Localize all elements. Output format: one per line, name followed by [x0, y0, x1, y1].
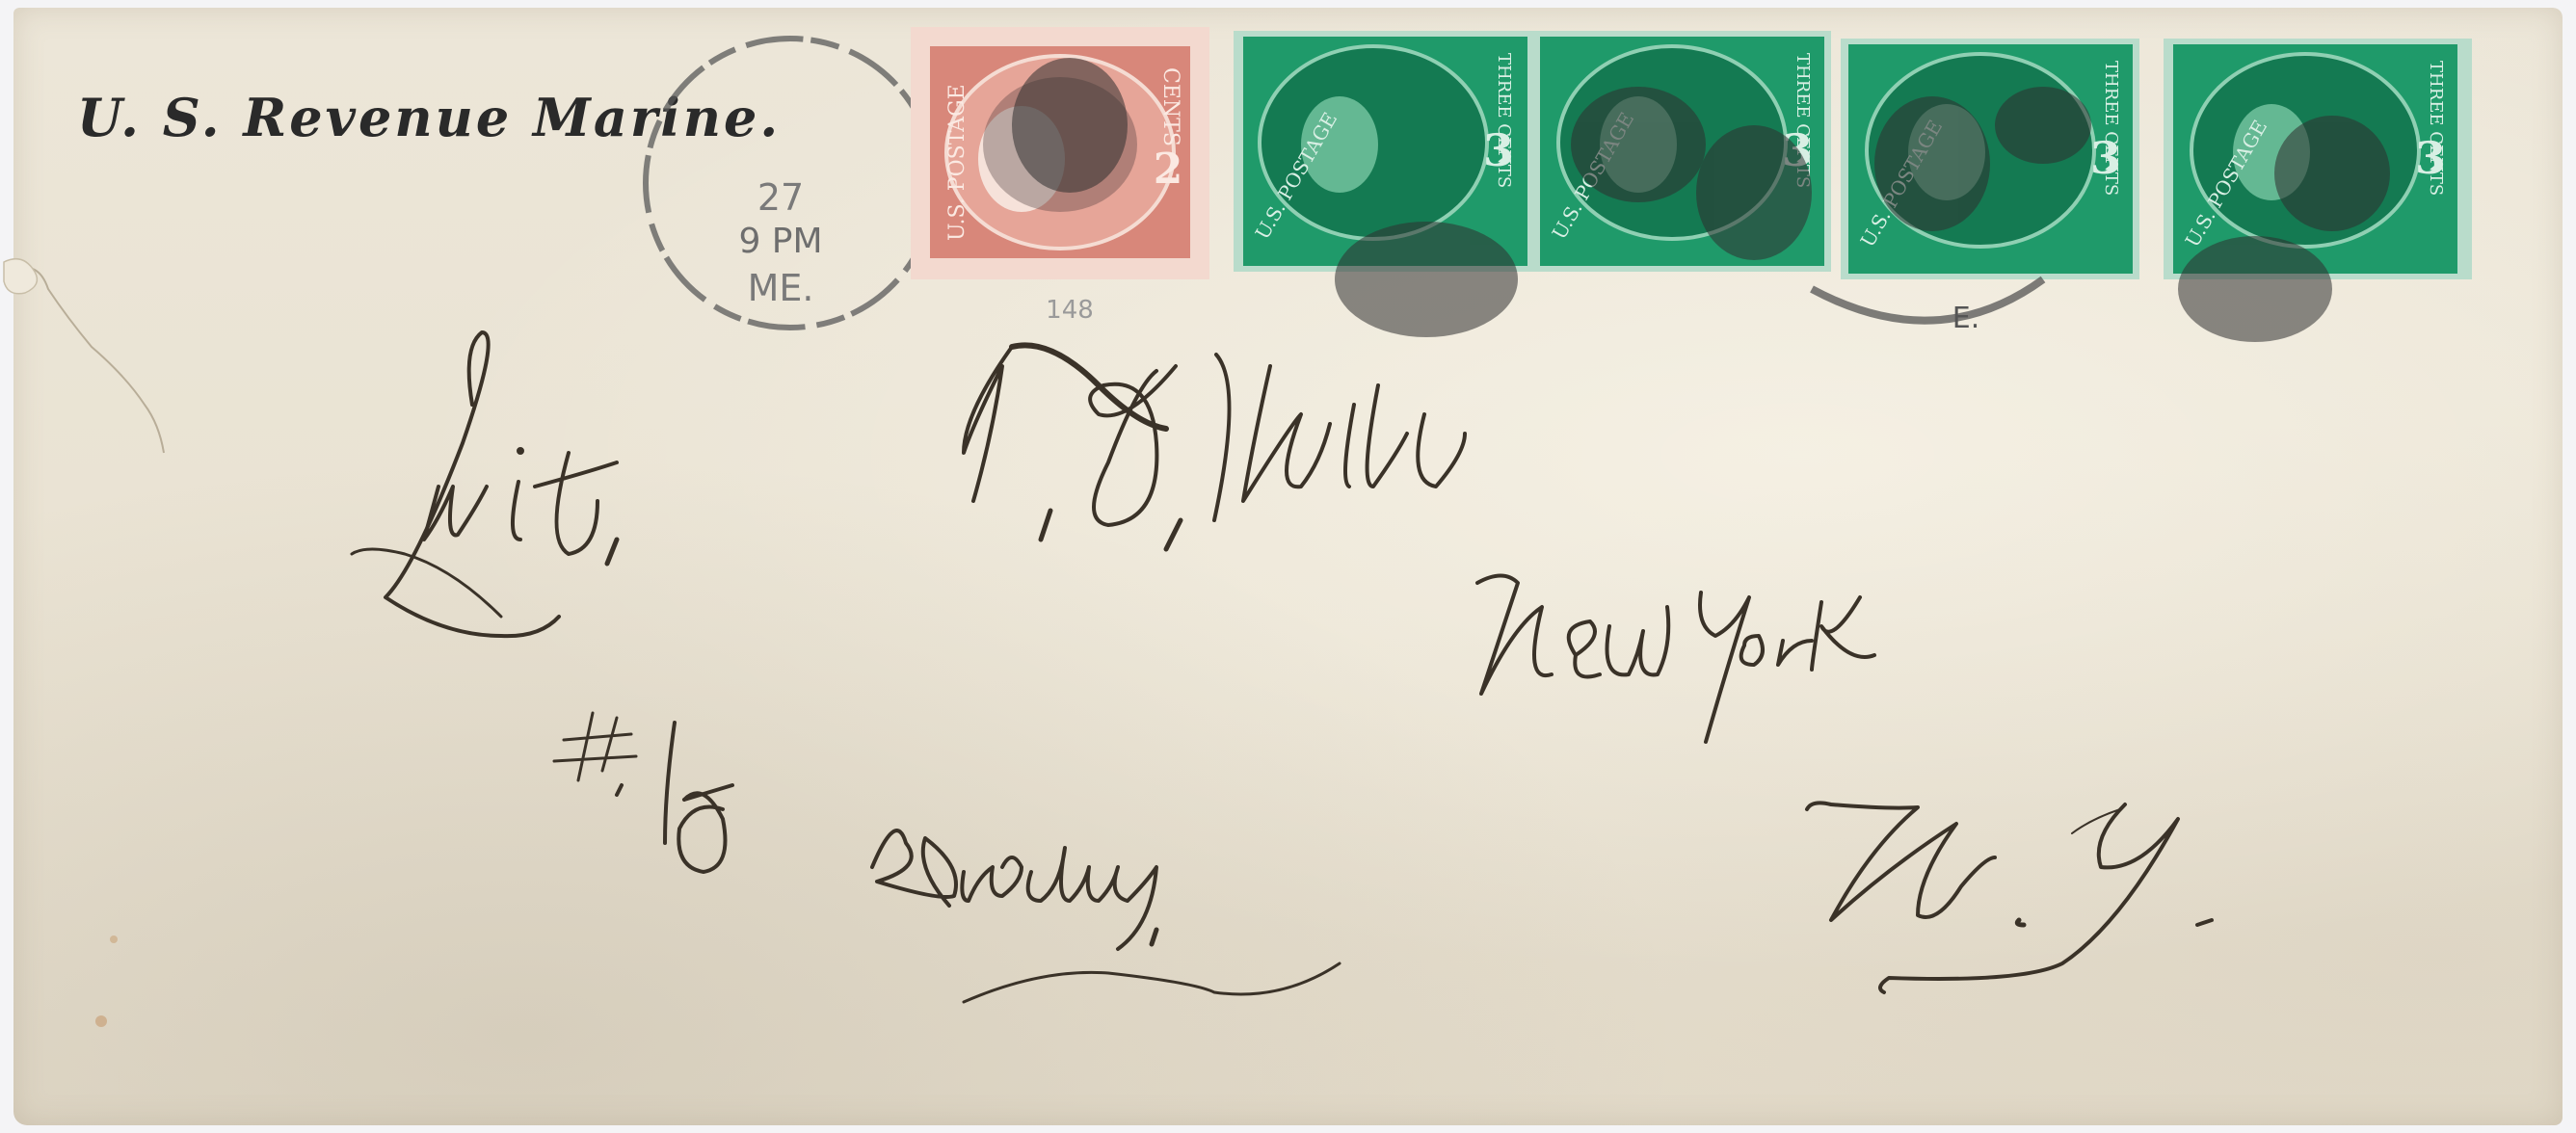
corner-card-text: U. S. Revenue Marine.: [77, 87, 781, 148]
recipient-name: Lieut. T. D. Walker: [328, 366, 336, 367]
recipient-street: #, 16, Broadway,: [559, 723, 568, 724]
recipient-state: N. Y.: [1812, 800, 1814, 801]
envelope: [13, 8, 2563, 1125]
recipient-city: New York: [1484, 578, 1489, 579]
